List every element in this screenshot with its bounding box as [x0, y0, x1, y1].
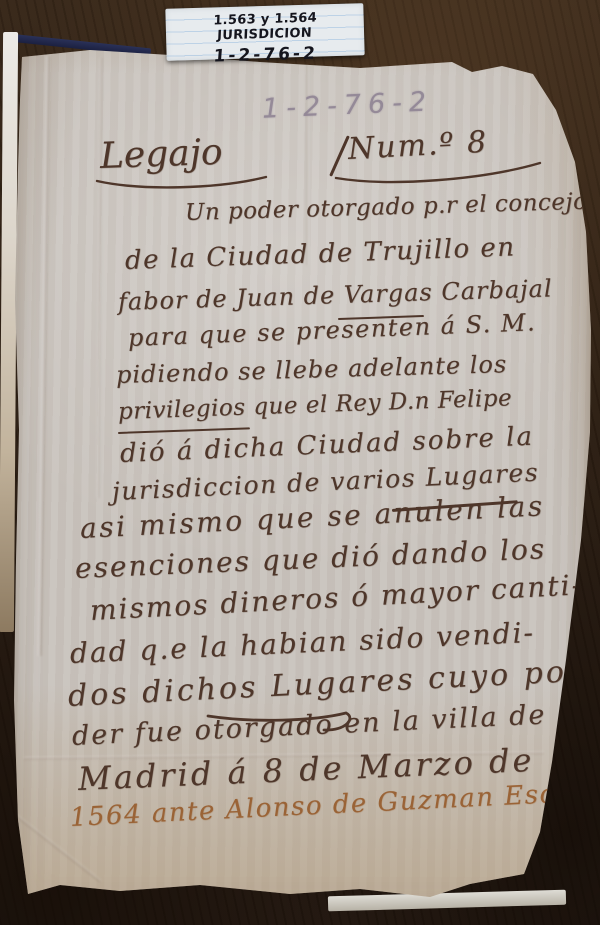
archive-label-reference: 1-2-76-2 — [166, 42, 365, 68]
manuscript-line: privilegios que el Rey D.n Felipe — [118, 385, 513, 425]
page-crease-vertical-1 — [38, 56, 50, 656]
page-crease-vertical-2 — [96, 58, 102, 498]
manuscript-page: Legajo Num.º 8 Un poder otorgado p.r el … — [0, 0, 600, 925]
archive-label-title: 1.563 y 1.564 JURISDICION — [165, 9, 364, 45]
lugares-underline-flourish — [206, 704, 358, 738]
underlying-page-edge-bottom — [328, 890, 566, 912]
manuscript-line: pidiendo se llebe adelante los — [116, 350, 508, 389]
legajo-underline-flourish — [94, 168, 272, 194]
manuscript-line: Un poder otorgado p.r el concejo — [185, 189, 588, 226]
manuscript-line: de la Ciudad de Trujillo en — [124, 232, 516, 276]
underlying-page-edge-left — [0, 32, 18, 632]
manuscript-line: para que se presenten á S. M. — [127, 308, 536, 352]
photo-of-manuscript: Legajo Num.º 8 Un poder otorgado p.r el … — [0, 0, 600, 925]
numero-underline-flourish — [332, 158, 546, 188]
page-crease-vertical-3 — [306, 55, 309, 265]
archive-label: 1.563 y 1.564 JURISDICION 1-2-76-2 — [165, 3, 364, 61]
